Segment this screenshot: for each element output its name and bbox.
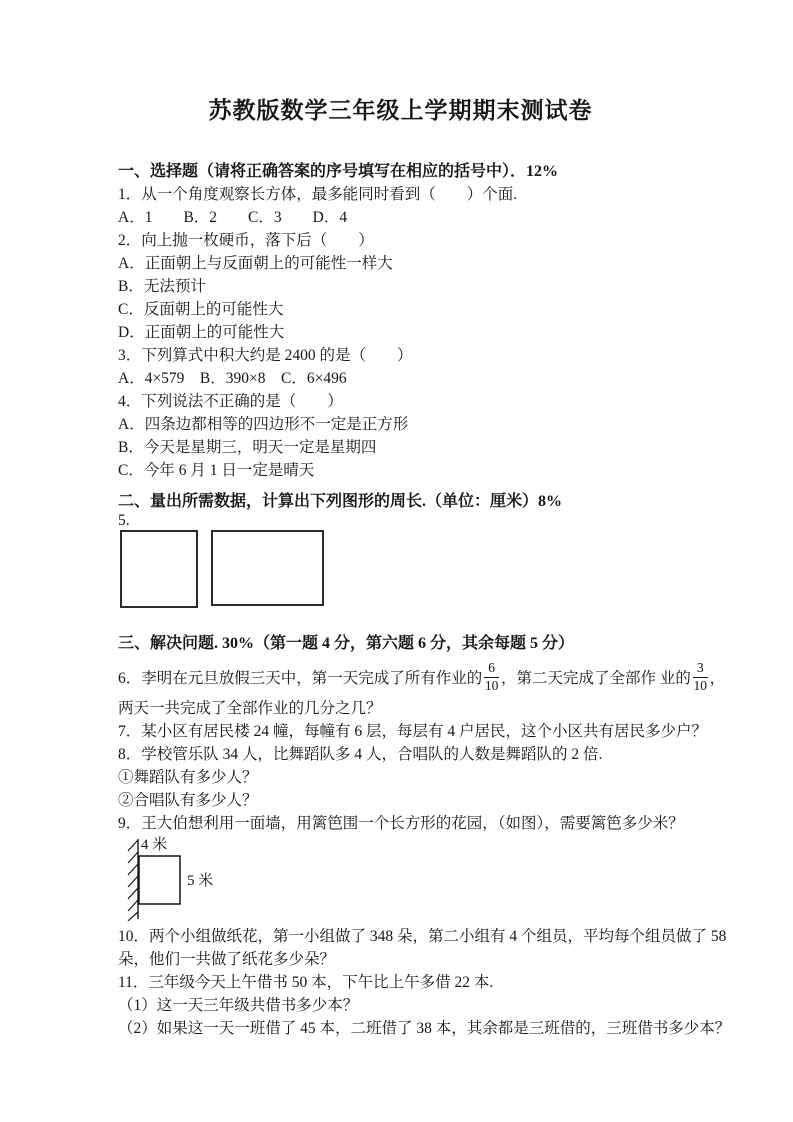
fraction-3-10: 3 10 <box>693 661 708 692</box>
fraction-denominator: 10 <box>693 678 708 693</box>
wall-hatch <box>128 900 138 911</box>
question-1-options: A．1 B．2 C．3 D．4 <box>118 206 683 229</box>
section2-heading: 二、量出所需数据，计算出下列图形的周长.（单位：厘米）8% <box>118 490 683 513</box>
question-9-diagram: 4 米 5 米 <box>124 837 274 921</box>
fraction-numerator: 6 <box>484 661 499 677</box>
question-4-option-b: B．今天是星期三，明天一定是星期四 <box>118 436 683 459</box>
question-3: 3．下列算式中积大约是 2400 的是（ ） <box>118 344 683 367</box>
question-2-option-a: A．正面朝上与反面朝上的可能性一样大 <box>118 252 683 275</box>
question-11-sub2: （2）如果这一天一班借了 45 本，二班借了 38 本，其余都是三班借的，三班借… <box>118 1017 683 1040</box>
question-4-option-c: C．今年 6 月 1 日一定是晴天 <box>118 459 683 482</box>
question-6-line2: 两天一共完成了全部作业的几分之几？ <box>118 697 683 720</box>
wall-hatch <box>128 876 138 887</box>
question-6-text-3: ， <box>710 666 726 688</box>
question-1: 1．从一个角度观察长方体，最多能同时看到（ ）个面. <box>118 183 683 206</box>
question-10-line2: 朵，他们一共做了纸花多少朵？ <box>118 948 683 971</box>
page-content: 苏教版数学三年级上学期期末测试卷 一、选择题（请将正确答案的序号填写在相应的括号… <box>0 0 793 1040</box>
question-2: 2．向上抛一枚硬币，落下后（ ） <box>118 229 683 252</box>
wall-hatch <box>128 912 138 921</box>
section3-heading: 三、解决问题. 30%（第一题 4 分，第六题 6 分，其余每题 5 分） <box>118 632 683 655</box>
question-6-text-2: ，第二天完成了全部作 业的 <box>501 666 691 688</box>
question-11-sub1: （1）这一天三年级共借书多少本？ <box>118 994 683 1017</box>
diagram-width-label: 4 米 <box>141 837 167 853</box>
question-3-options: A．4×579 B．390×8 C．6×496 <box>118 367 683 390</box>
question-5-number: 5. <box>118 513 683 528</box>
question-8-sub2: ②合唱队有多少人？ <box>118 789 683 812</box>
question-5-shapes <box>120 530 683 608</box>
fraction-numerator: 3 <box>693 661 708 677</box>
wall-hatch <box>128 852 138 863</box>
diagram-height-label: 5 米 <box>187 873 213 889</box>
wall-hatch <box>128 840 138 851</box>
fraction-6-10: 6 10 <box>484 661 499 692</box>
test-paper-page: 苏教版数学三年级上学期期末测试卷 一、选择题（请将正确答案的序号填写在相应的括号… <box>0 0 793 1122</box>
question-2-option-c: C．反面朝上的可能性大 <box>118 298 683 321</box>
section1-heading: 一、选择题（请将正确答案的序号填写在相应的括号中）．12% <box>118 160 683 183</box>
question-2-option-b: B．无法预计 <box>118 275 683 298</box>
question-8: 8．学校管乐队 34 人，比舞蹈队多 4 人，合唱队的人数是舞蹈队的 2 倍. <box>118 743 683 766</box>
page-title: 苏教版数学三年级上学期期末测试卷 <box>118 96 683 126</box>
square-shape <box>120 530 198 608</box>
wall-hatch <box>128 888 138 899</box>
question-6-text-1: 6．李明在元旦放假三天中，第一天完成了所有作业的 <box>118 666 482 688</box>
question-10-line1: 10．两个小组做纸花，第一小组做了 348 朵，第二小组有 4 个组员，平均每个… <box>118 925 683 948</box>
fraction-denominator: 10 <box>484 678 499 693</box>
question-2-option-d: D．正面朝上的可能性大 <box>118 321 683 344</box>
question-11: 11．三年级今天上午借书 50 本，下午比上午多借 22 本. <box>118 971 683 994</box>
wall-hatch <box>128 864 138 875</box>
question-6-line1: 6．李明在元旦放假三天中，第一天完成了所有作业的 6 10 ，第二天完成了全部作… <box>118 657 683 697</box>
question-8-sub1: ①舞蹈队有多少人？ <box>118 766 683 789</box>
question-4-option-a: A．四条边都相等的四边形不一定是正方形 <box>118 413 683 436</box>
rectangle-shape <box>211 530 324 606</box>
garden-rectangle <box>139 856 180 904</box>
question-9: 9．王大伯想利用一面墙，用篱笆围一个长方形的花园，（如图），需要篱笆多少米？ <box>118 812 683 835</box>
question-7: 7．某小区有居民楼 24 幢，每幢有 6 层，每层有 4 户居民，这个小区共有居… <box>118 720 683 743</box>
question-4: 4．下列说法不正确的是（ ） <box>118 390 683 413</box>
